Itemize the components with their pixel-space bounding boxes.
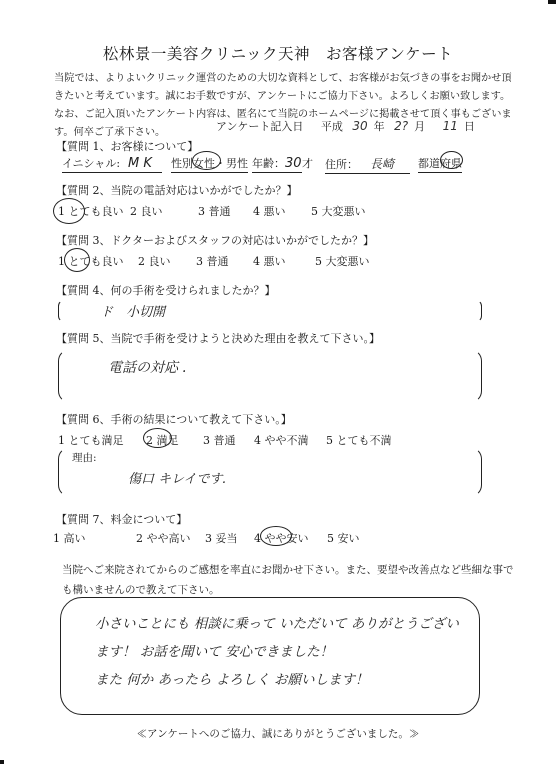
q2-heading: 【質問 2、当院の電話対応はいかがでしたか？】 [56,182,298,198]
survey-footer: ≪アンケートへのご協力、誠にありがとうございました。≫ [0,726,556,741]
q2-option-1[interactable]: 1 とても良い [58,203,124,219]
q6-option-4[interactable]: 4 やや不満 [254,432,309,448]
gender-male[interactable]: 男性 [226,157,248,170]
survey-title: 松林景一美容クリニック天神 お客様アンケート [0,42,556,64]
q4-heading: 【質問 4、何の手術を受けられましたか？】 [56,282,276,298]
q6-heading: 【質問 6、手術の結果について教えて下さい。】 [56,411,292,427]
q3-heading: 【質問 3、ドクターおよびスタッフの対応はいかがでしたか？】 [56,232,374,248]
age-field[interactable]: 年齢：30才 [252,155,313,173]
q7-option-2[interactable]: 2 やや高い [136,530,191,546]
address-value: 長崎 [370,157,394,171]
q3-option-3[interactable]: 3 普通 [196,253,229,269]
q5-answer: 電話の対応 . [108,357,187,377]
age-value: 30 [285,156,302,171]
q7-option-4[interactable]: 4 やや安い [254,530,309,546]
q6-reason: 傷口 キレイです. [128,468,227,487]
comments-line-2: ます！ お話を聞いて 安心できました！ [95,640,333,660]
q6-options: 1 とても満足 2 満足 3 普通 4 やや不満 5 とても不満 [0,432,556,448]
initial-value: M K [128,156,152,171]
date-label: アンケート記入日 [216,120,303,133]
date-year-value[interactable]: 30 [352,119,367,133]
survey-date: アンケート記入日 平成 30年 2?月 11日 [216,118,475,134]
q3-options: 1 とても良い 2 良い 3 普通 4 悪い 5 大変悪い [0,253,556,269]
q7-option-3[interactable]: 3 妥当 [205,530,238,546]
q2-options: 1 とても良い 2 良い 3 普通 4 悪い 5 大変悪い [0,203,556,219]
address-label: 住所： [325,158,358,171]
q7-heading: 【質問 7、料金について】 [56,511,187,527]
q2-option-4[interactable]: 4 悪い [253,203,286,219]
date-day-value[interactable]: 11 [443,119,458,133]
q6-option-2[interactable]: 2 満足 [146,432,179,448]
initial-field[interactable]: イニシャル:M K [62,155,162,173]
address-field[interactable]: 住所：長崎 [325,155,410,174]
q6-option-3[interactable]: 3 普通 [203,432,236,448]
prefecture-field[interactable]: 都道府県 [418,155,462,173]
q3-option-4[interactable]: 4 悪い [253,253,286,269]
q5-heading: 【質問 5、当院で手術を受けようと決めた理由を教えて下さい。】 [56,330,380,346]
gender-separator: ・ [215,157,226,170]
date-era: 平成 [321,120,343,133]
q3-option-2[interactable]: 2 良い [138,253,171,269]
q3-option-1[interactable]: 1 とても良い [58,253,124,269]
q6-option-1[interactable]: 1 とても満足 [58,432,124,448]
q6-option-5[interactable]: 5 とても不満 [326,432,392,448]
q3-option-5[interactable]: 5 大変悪い [315,253,370,269]
date-year-unit: 年 [374,120,385,133]
initial-label: イニシャル: [62,157,120,170]
q7-options: 1 高い 2 やや高い 3 妥当 4 やや安い 5 安い [0,530,556,546]
gender-label: 性別 [171,157,193,170]
prefecture-suffix: 都道府県 [418,155,462,173]
q1-heading: 【質問 1、お客様について】 [56,138,198,154]
q7-option-1[interactable]: 1 高い [53,530,86,546]
comments-line-1: 小さいことにも 相談に乗って いただいて ありがとうござい [95,612,459,632]
date-month-unit: 月 [414,120,425,133]
scan-mark [0,760,4,764]
comments-line-3: また 何か あったら よろしく お願いします！ [95,668,369,688]
date-day-unit: 日 [464,120,475,133]
comments-prompt: 当院へご来院されてからのご感想を率直にお聞かせ下さい。また、要望や改善点など些細… [62,560,522,600]
age-label: 年齢： [252,157,285,170]
q4-answer: ド 小切開 [100,301,165,320]
scan-mark [548,0,556,4]
gender-female[interactable]: 女性 [193,157,215,170]
q7-option-5[interactable]: 5 安い [327,530,360,546]
q6-reason-box[interactable] [58,447,482,497]
q2-option-2[interactable]: 2 良い [130,203,163,219]
date-month-value[interactable]: 2? [394,119,408,133]
q2-option-3[interactable]: 3 普通 [198,203,231,219]
age-unit: 才 [302,157,313,170]
gender-field[interactable]: 性別女性・男性 [171,155,248,173]
q6-reason-label: 理由: [72,450,97,465]
q2-option-5[interactable]: 5 大変悪い [311,203,366,219]
